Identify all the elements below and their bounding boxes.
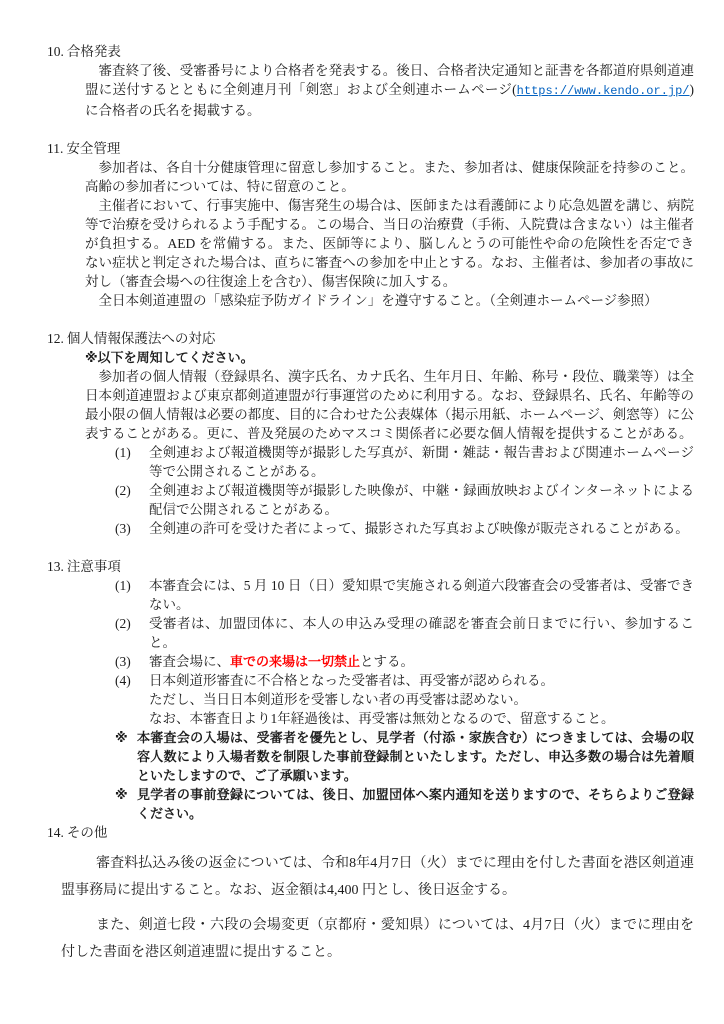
- section-14-title: その他: [67, 825, 108, 840]
- section-10-title: 合格発表: [67, 44, 121, 59]
- section-gap: [47, 538, 694, 557]
- section-11-title: 安全管理: [66, 141, 120, 156]
- section-notes: 13.注意事項 (1) 本審査会には、5 月 10 日（日）愛知県で実施される剣…: [47, 557, 694, 823]
- list-marker: (4): [115, 671, 149, 728]
- admission-note-text: 本審査会の入場は、受審者を優先とし、見学者（付添・家族含む）につきましては、会場…: [137, 728, 694, 785]
- s12-list: (1) 全剣連および報道機関等が撮影した写真が、新聞・雑誌・報告書および関連ホー…: [115, 443, 694, 538]
- section-11-number: 11.: [47, 141, 63, 156]
- section-12-heading: 12.個人情報保護法への対応: [47, 329, 694, 348]
- list-item-text: 全剣連および報道機関等が撮影した映像が、中継・録画放映およびインターネットによる…: [149, 481, 694, 519]
- s13-item4-line1: 日本剣道形審査に不合格となった受審者は、再受審が認められる。: [149, 671, 694, 690]
- s13-item3-suffix: とする。: [360, 654, 414, 669]
- section-13-title: 注意事項: [67, 559, 121, 574]
- kendo-homepage-link[interactable]: https://www.kendo.or.jp/: [517, 84, 690, 98]
- section-10-heading: 10.合格発表: [47, 42, 694, 61]
- note-marker: ※: [115, 728, 137, 785]
- note-marker: ※: [115, 785, 137, 823]
- list-item: (1) 本審査会には、5 月 10 日（日）愛知県で実施される剣道六段審査会の受…: [115, 576, 694, 614]
- visitor-registration-note-text: 見学者の事前登録については、後日、加盟団体へ案内通知を送りますので、そちらよりご…: [137, 785, 694, 823]
- section-safety-management: 11.安全管理 参加者は、各自十分健康管理に留意し参加すること。また、参加者は、…: [47, 139, 694, 310]
- list-item: (3) 全剣連の許可を受けた者によって、撮影された写真および映像が販売されること…: [115, 519, 694, 538]
- list-item: (2) 全剣連および報道機関等が撮影した映像が、中継・録画放映およびインターネッ…: [115, 481, 694, 519]
- section-10-paragraph: 審査終了後、受審番号により合格者を発表する。後日、合格者決定通知と証書を各都道府…: [85, 61, 694, 120]
- visitor-registration-note: ※ 見学者の事前登録については、後日、加盟団体へ案内通知を送りますので、そちらよ…: [115, 785, 694, 823]
- document-page: 10.合格発表 審査終了後、受審番号により合格者を発表する。後日、合格者決定通知…: [0, 0, 724, 1024]
- list-marker: (2): [115, 481, 149, 519]
- list-item: (2) 受審者は、加盟団体に、本人の申込み受理の確認を審査会前日までに行い、参加…: [115, 614, 694, 652]
- section-13-heading: 13.注意事項: [47, 557, 694, 576]
- no-car-warning: 車での来場は一切禁止: [230, 654, 360, 669]
- section-gap: [47, 120, 694, 139]
- section-gap: [47, 310, 694, 329]
- s11-paragraph-2: 主催者において、行事実施中、傷害発生の場合は、医師または看護師により応急処置を講…: [85, 196, 694, 291]
- section-12-title: 個人情報保護法への対応: [67, 331, 216, 346]
- s12-bold-notice: ※以下を周知してください。: [85, 348, 694, 367]
- section-14-number: 14.: [47, 825, 64, 840]
- list-marker: (3): [115, 652, 149, 671]
- list-item: (4) 日本剣道形審査に不合格となった受審者は、再受審が認められる。 ただし、当…: [115, 671, 694, 728]
- list-item-text: 審査会場に、車での来場は一切禁止とする。: [149, 652, 694, 671]
- s14-paragraph-2: また、剣道七段・六段の会場変更（京都府・愛知県）については、4月7日（火）までに…: [61, 912, 694, 966]
- section-other: 14.その他 審査料払込み後の返金については、令和8年4月7日（火）までに理由を…: [47, 823, 694, 966]
- list-item-text: 全剣連の許可を受けた者によって、撮影された写真および映像が販売されることがある。: [149, 519, 694, 538]
- section-12-number: 12.: [47, 331, 64, 346]
- section-pass-announcement: 10.合格発表 審査終了後、受審番号により合格者を発表する。後日、合格者決定通知…: [47, 42, 694, 120]
- section-10-number: 10.: [47, 44, 64, 59]
- section-11-heading: 11.安全管理: [47, 139, 694, 158]
- list-marker: (1): [115, 576, 149, 614]
- section-13-number: 13.: [47, 559, 64, 574]
- list-marker: (1): [115, 443, 149, 481]
- list-marker: (3): [115, 519, 149, 538]
- list-item-text: 全剣連および報道機関等が撮影した写真が、新聞・雑誌・報告書および関連ホームページ…: [149, 443, 694, 481]
- s11-paragraph-3: 全日本剣道連盟の「感染症予防ガイドライン」を遵守すること。（全剣連ホームページ参…: [85, 291, 694, 310]
- list-marker: (2): [115, 614, 149, 652]
- list-item-text: 本審査会には、5 月 10 日（日）愛知県で実施される剣道六段審査会の受審者は、…: [149, 576, 694, 614]
- s13-item4-line2: ただし、当日日本剣道形を受審しない者の再受審は認めない。: [149, 690, 694, 709]
- s13-list: (1) 本審査会には、5 月 10 日（日）愛知県で実施される剣道六段審査会の受…: [115, 576, 694, 728]
- list-item: (3) 審査会場に、車での来場は一切禁止とする。: [115, 652, 694, 671]
- admission-note: ※ 本審査会の入場は、受審者を優先とし、見学者（付添・家族含む）につきましては、…: [115, 728, 694, 785]
- section-personal-information: 12.個人情報保護法への対応 ※以下を周知してください。 参加者の個人情報（登録…: [47, 329, 694, 538]
- s12-paragraph: 参加者の個人情報（登録県名、漢字氏名、カナ氏名、生年月日、年齢、称号・段位、職業…: [85, 367, 694, 443]
- list-item-text: 受審者は、加盟団体に、本人の申込み受理の確認を審査会前日までに行い、参加すること…: [149, 614, 694, 652]
- section-14-heading: 14.その他: [47, 823, 694, 842]
- s11-paragraph-1: 参加者は、各自十分健康管理に留意し参加すること。また、参加者は、健康保険証を持参…: [85, 158, 694, 196]
- s13-item4-line3: なお、本審査日より1年経過後は、再受審は無効となるので、留意すること。: [149, 709, 694, 728]
- s14-paragraph-1: 審査料払込み後の返金については、令和8年4月7日（火）までに理由を付した書面を港…: [61, 850, 694, 904]
- list-item-text: 日本剣道形審査に不合格となった受審者は、再受審が認められる。 ただし、当日日本剣…: [149, 671, 694, 728]
- s13-item3-prefix: 審査会場に、: [149, 654, 230, 669]
- list-item: (1) 全剣連および報道機関等が撮影した写真が、新聞・雑誌・報告書および関連ホー…: [115, 443, 694, 481]
